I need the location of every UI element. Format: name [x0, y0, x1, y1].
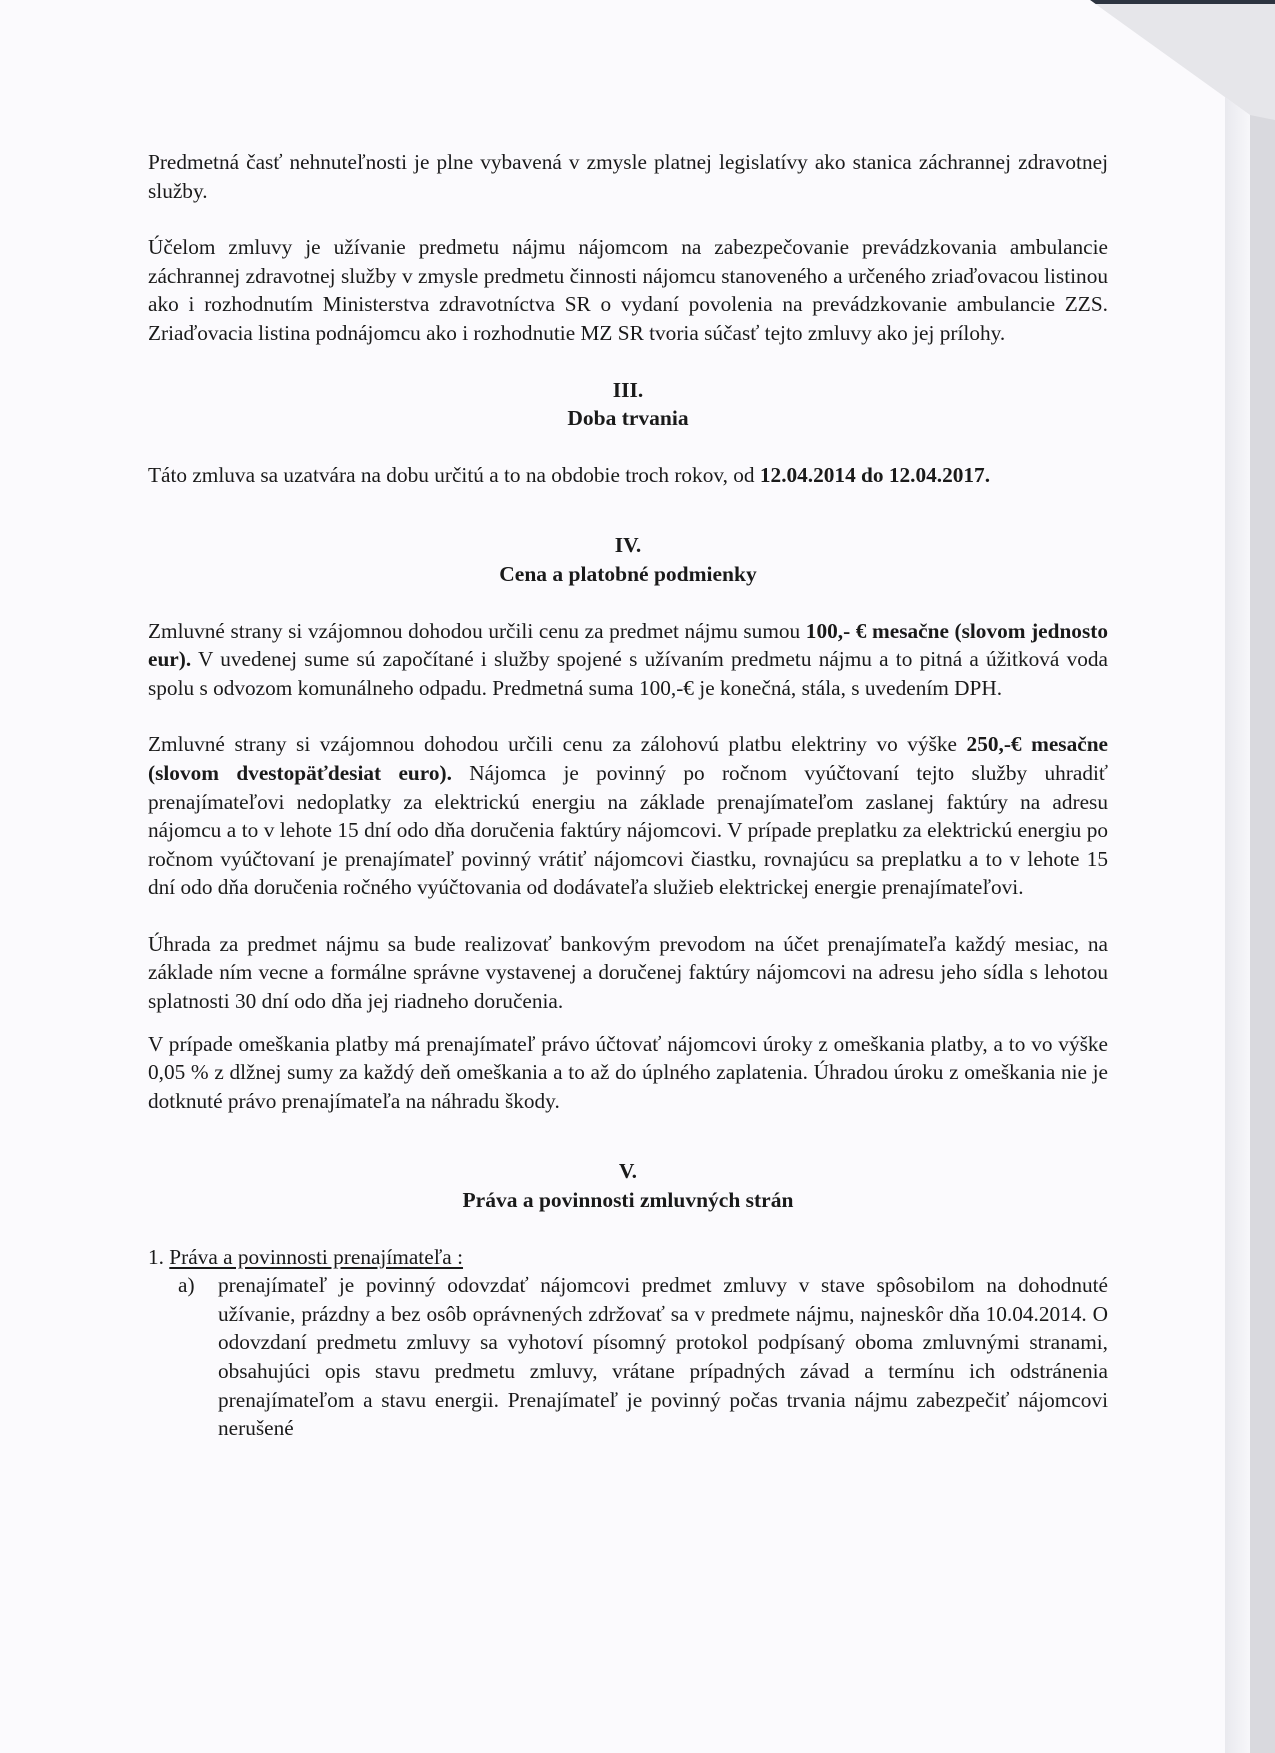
list-heading-landlord: 1. Práva a povinnosti prenajímateľa :	[148, 1243, 1108, 1272]
electricity-text: Zmluvné strany si vzájomnou dohodou urči…	[148, 732, 967, 756]
list-item-a: a) prenajímateľ je povinný odovzdať nájo…	[178, 1271, 1108, 1443]
list-number: 1.	[148, 1245, 169, 1269]
document-body: Predmetná časť nehnuteľnosti je plne vyb…	[148, 148, 1108, 1443]
list-item-text: prenajímateľ je povinný odovzdať nájomco…	[218, 1271, 1108, 1443]
section-5-title: Práva a povinnosti zmluvných strán	[148, 1186, 1108, 1215]
list-title: Práva a povinnosti prenajímateľa :	[169, 1245, 463, 1269]
section-4-paragraph-3: Úhrada za predmet nájmu sa bude realizov…	[148, 930, 1108, 1016]
term-dates: 12.04.2014 do 12.04.2017.	[760, 463, 990, 487]
intro-paragraph-1: Predmetná časť nehnuteľnosti je plne vyb…	[148, 148, 1108, 205]
page-edge	[1225, 0, 1250, 1753]
section-3-paragraph: Táto zmluva sa uzatvára na dobu určitú a…	[148, 461, 1108, 490]
section-4-paragraph-2: Zmluvné strany si vzájomnou dohodou urči…	[148, 730, 1108, 902]
rent-text: Zmluvné strany si vzájomnou dohodou urči…	[148, 619, 806, 643]
list-item-letter: a)	[178, 1271, 218, 1443]
intro-paragraph-2: Účelom zmluvy je užívanie predmetu nájmu…	[148, 233, 1108, 347]
rent-text-continued: V uvedenej sume sú započítané i služby s…	[148, 647, 1108, 700]
section-5-number: V.	[148, 1157, 1108, 1186]
section-4-paragraph-1: Zmluvné strany si vzájomnou dohodou urči…	[148, 617, 1108, 703]
term-text: Táto zmluva sa uzatvára na dobu určitú a…	[148, 463, 760, 487]
scanned-page: Predmetná časť nehnuteľnosti je plne vyb…	[0, 0, 1250, 1753]
section-4-paragraph-4: V prípade omeškania platby má prenajímat…	[148, 1030, 1108, 1116]
section-3-number: III.	[148, 376, 1108, 405]
section-4-number: IV.	[148, 531, 1108, 560]
section-3-title: Doba trvania	[148, 404, 1108, 433]
section-4-title: Cena a platobné podmienky	[148, 560, 1108, 589]
